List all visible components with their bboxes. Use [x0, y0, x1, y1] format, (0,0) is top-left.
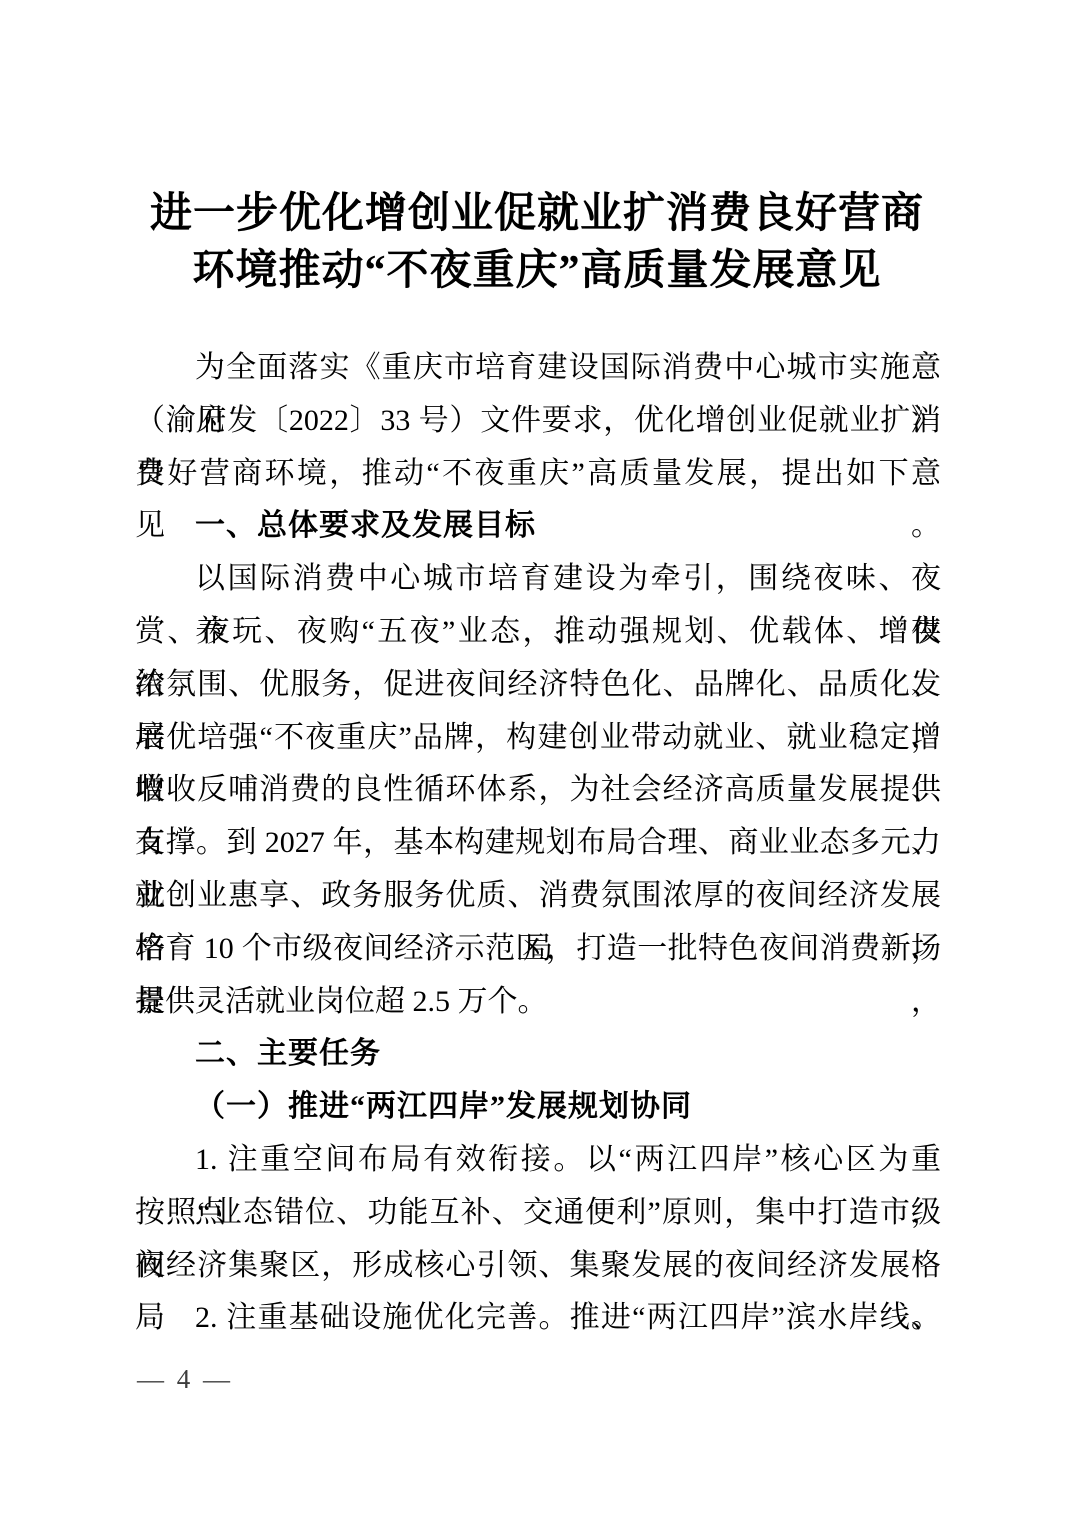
- body-line: 良好营商环境，推动“不夜重庆”高质量发展，提出如下意见。: [135, 448, 941, 501]
- body-line: 培优培强“不夜重庆”品牌，构建创业带动就业、就业稳定增收、: [135, 712, 941, 765]
- body-line: （渝府发〔2022〕33 号）文件要求，优化增创业促就业扩消费: [135, 395, 941, 448]
- body-line: 间经济集聚区，形成核心引领、集聚发展的夜间经济发展格局。: [135, 1240, 941, 1293]
- body-line: 增收反哺消费的良性循环体系，为社会经济高质量发展提供有力: [135, 764, 941, 817]
- body-line: 浓氛围、优服务，促进夜间经济特色化、品牌化、品质化发展，: [135, 659, 941, 712]
- body-line: 为全面落实《重庆市培育建设国际消费中心城市实施意见》: [135, 342, 941, 395]
- document-page: 进一步优化增创业促就业扩消费良好营商 环境推动“不夜重庆”高质量发展意见 为全面…: [0, 0, 1074, 1520]
- document-title-line-2: 环境推动“不夜重庆”高质量发展意见: [0, 243, 1074, 300]
- body-line: 以国际消费中心城市培育建设为牵引，围绕夜味、夜养、夜: [135, 553, 941, 606]
- document-title-line-1: 进一步优化增创业促就业扩消费良好营商: [0, 186, 1074, 243]
- document-title: 进一步优化增创业促就业扩消费良好营商 环境推动“不夜重庆”高质量发展意见: [0, 186, 1074, 300]
- body-line: 2. 注重基础设施优化完善。推进“两江四岸”滨水岸线、: [135, 1292, 941, 1345]
- body-line: 支撑。到 2027 年，基本构建规划布局合理、商业业态多元、就: [135, 817, 941, 870]
- body-line: 按照“业态错位、功能互补、交通便利”原则，集中打造市级夜: [135, 1187, 941, 1240]
- body-line: 培育 10 个市级夜间经济示范区，打造一批特色夜间消费新场景，: [135, 923, 941, 976]
- subsection-heading: （一）推进“两江四岸”发展规划协同: [135, 1081, 941, 1134]
- section-heading-2: 二、主要任务: [135, 1028, 941, 1081]
- page-number: — 4 —: [137, 1363, 233, 1395]
- body-line: 赏、夜玩、夜购“五夜”业态，推动强规划、优载体、增供给、: [135, 606, 941, 659]
- body-line: 业创业惠享、政务服务优质、消费氛围浓厚的夜间经济发展格局，: [135, 870, 941, 923]
- body-line: 1. 注重空间布局有效衔接。以“两江四岸”核心区为重点，: [135, 1134, 941, 1187]
- document-body: 为全面落实《重庆市培育建设国际消费中心城市实施意见》 （渝府发〔2022〕33 …: [135, 342, 941, 1345]
